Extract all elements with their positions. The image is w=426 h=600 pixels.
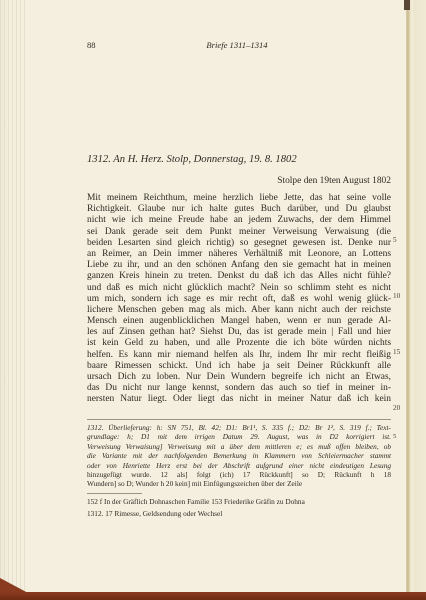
apparatus-line: die Variante mit der nachfolgenden Bemer… bbox=[87, 451, 391, 460]
commentary-notes: 152 f In der Gräflich Dohnaschen Familie… bbox=[87, 496, 391, 520]
line-number: 5 bbox=[393, 433, 396, 440]
text-line: ganzen Kreis hinein zu treten. Denkst du… bbox=[87, 271, 391, 282]
letter-body: Mit meinem Reichthum, meine herzlich lie… bbox=[87, 193, 391, 406]
line-number: 20 bbox=[393, 404, 400, 412]
text-line: nersten Natur liegt. Oder liegt das nich… bbox=[87, 394, 391, 405]
page-edges bbox=[0, 0, 28, 594]
commentary-line: 1312. 17 Rimesse, Geldsendung oder Wechs… bbox=[87, 508, 391, 520]
running-title: Briefe 1311–1314 bbox=[87, 40, 387, 50]
text-line: baare Rimessen schickt. Und ich habe ja … bbox=[87, 361, 391, 372]
line-number: 15 bbox=[393, 348, 400, 356]
apparatus-line: Wundern] so D; Wunder h 20 kein] mit Ein… bbox=[87, 479, 391, 488]
text-line: und daß es mich nicht glücklich macht? N… bbox=[87, 283, 391, 294]
dateline: Stolpe den 19ten August 1802 bbox=[87, 176, 391, 187]
running-header: 88 Briefe 1311–1314 bbox=[87, 40, 387, 52]
line-number: 10 bbox=[393, 292, 400, 300]
text-line: an Reimer, an Dein immer näheres Verhält… bbox=[87, 249, 391, 260]
apparatus-line: grundlage: h; D1 mit dem irrigen Datum 2… bbox=[87, 432, 391, 441]
text-line: ist kein Geld zu haben, und alle Prozent… bbox=[87, 338, 391, 349]
text-line: les auf Zinsen gethan hat? Siehst Du, da… bbox=[87, 327, 391, 338]
text-line: beiden Lesarten sind gleich richtig) so … bbox=[87, 238, 391, 249]
apparatus-divider bbox=[87, 419, 391, 420]
text-line: das Du nicht nur lange kennst, sondern d… bbox=[87, 383, 391, 394]
apparatus-line: oder von Henriette Herz erst bei der Abs… bbox=[87, 461, 391, 470]
book-gutter bbox=[406, 0, 426, 600]
critical-apparatus: 1312. Überlieferung: h: SN 751, Bl. 42; … bbox=[87, 423, 391, 489]
spine-top bbox=[404, 0, 410, 10]
text-line: helfen. Es kann mir niemand helfen als I… bbox=[87, 350, 391, 361]
line-number: 5 bbox=[393, 236, 397, 244]
apparatus-line: 1312. Überlieferung: h: SN 751, Bl. 42; … bbox=[87, 423, 391, 432]
text-line: Mensch einen augenblicklichen Mangel hab… bbox=[87, 316, 391, 327]
text-line: sei Dank gerade seit dem Punkt meiner Ve… bbox=[87, 227, 391, 238]
text-line: ursach Dich zu loben. Nur Dein Wundern b… bbox=[87, 372, 391, 383]
apparatus-line: hinzugefügt wurde. 12 als] folgt (ich) 1… bbox=[87, 470, 391, 479]
book-cover-edge bbox=[0, 592, 426, 600]
text-line: lichere Menschen geben mag als mich. Abe… bbox=[87, 305, 391, 316]
apparatus-line: Verweisung Verwaisung] Verweisung mit a … bbox=[87, 442, 391, 451]
dateline-block: Stolpe den 19ten August 1802 bbox=[87, 176, 391, 187]
letter-heading: 1312. An H. Herz. Stolp, Donnerstag, 19.… bbox=[87, 154, 297, 165]
commentary-line: 152 f In der Gräflich Dohnaschen Familie… bbox=[87, 496, 391, 508]
text-line: um mich, sondern ich sage es mir recht o… bbox=[87, 294, 391, 305]
commentary-divider bbox=[87, 493, 142, 494]
text-line: Mit meinem Reichthum, meine herzlich lie… bbox=[87, 193, 391, 204]
text-line: Richtigkeit. Glaube nur ich halte gutes … bbox=[87, 204, 391, 215]
text-line: Liebe zu ihr, und an den schönen Anfang … bbox=[87, 260, 391, 271]
text-line: nicht wie ich meine Freude habe an jedem… bbox=[87, 215, 391, 226]
